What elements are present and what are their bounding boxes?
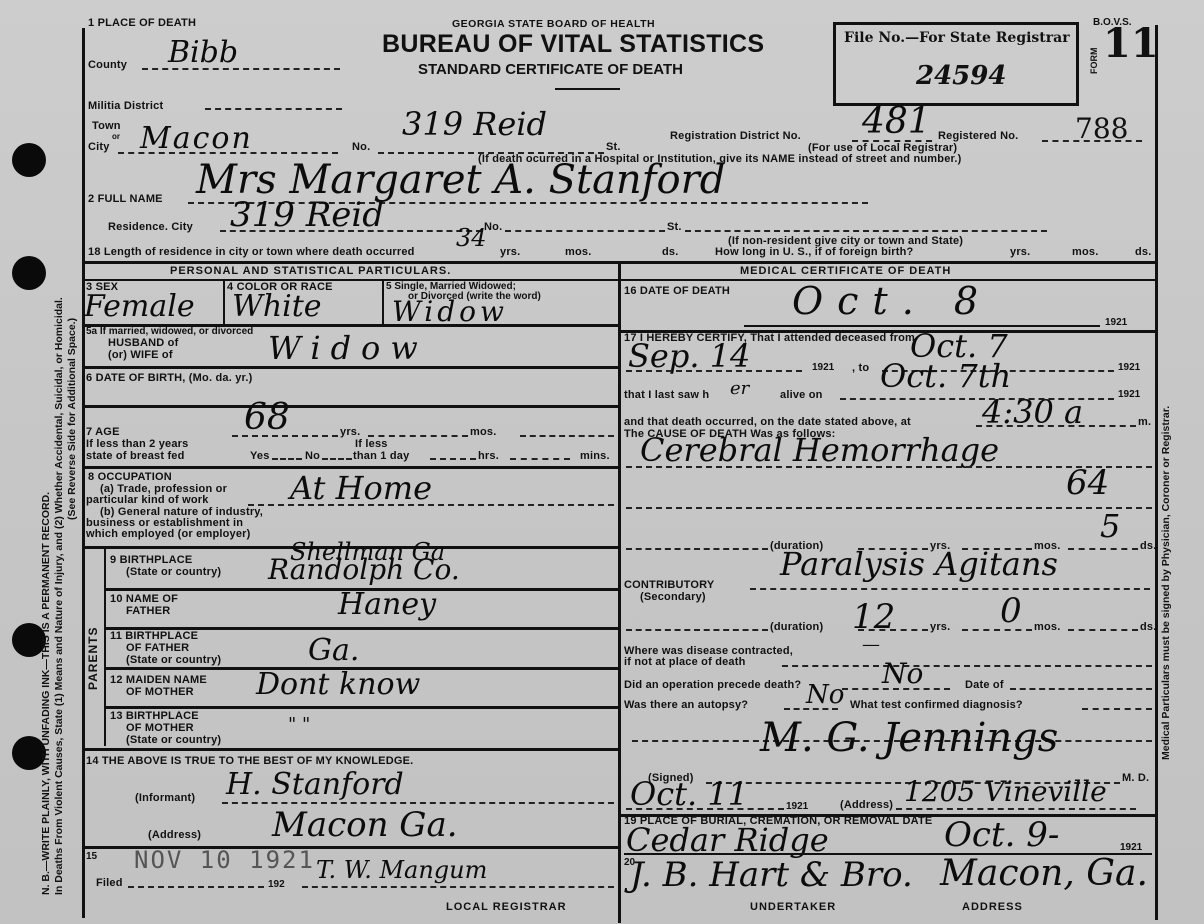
title-underline	[555, 88, 620, 90]
father-label-2: FATHER	[126, 606, 170, 618]
signed-year: 1921	[786, 802, 808, 813]
age-ds-field	[520, 435, 614, 437]
occupation-label: 8 OCCUPATION	[88, 472, 172, 484]
age-value[interactable]: 68	[244, 400, 290, 436]
undertaker-address-label: ADDRESS	[962, 902, 1023, 914]
dob-label: 6 DATE OF BIRTH, (Mo. da. yr.)	[86, 373, 253, 385]
county-label: County	[88, 60, 127, 72]
contrib-duration-label: (duration)	[770, 622, 823, 634]
filed-number: 15	[86, 852, 97, 863]
street-value[interactable]: 319 Reid	[402, 108, 547, 140]
test-field	[1082, 708, 1152, 710]
date-of-death-label: 16 DATE OF DEATH	[624, 286, 730, 298]
father-birthplace-label-2: OF FATHER	[126, 643, 189, 655]
row-line	[104, 706, 618, 709]
city-value[interactable]: Macon	[140, 124, 253, 154]
informant-label: (Informant)	[135, 793, 195, 805]
residence-st-label: St.	[667, 222, 682, 234]
autopsy-label: Was there an autopsy?	[624, 700, 748, 712]
form-number: 11	[1103, 24, 1159, 64]
mother-label-2: OF MOTHER	[126, 687, 194, 699]
form-label: FORM	[1089, 48, 1100, 75]
sex-value[interactable]: Female	[84, 292, 195, 322]
registered-no-value[interactable]: 788	[1075, 112, 1128, 145]
length-mos-label: mos.	[565, 247, 591, 259]
birthplace-label-2: (State or country)	[126, 567, 221, 579]
attended-to-year: 1921	[1118, 363, 1140, 374]
father-birthplace-label-3: (State or country)	[126, 655, 221, 667]
hrs-label: hrs.	[478, 451, 499, 463]
margin-instruction-2: In Deaths From Violent Causes, State (1)…	[53, 297, 66, 895]
st-label: St.	[606, 142, 621, 154]
mother-birthplace-label-2: OF MOTHER	[126, 723, 194, 735]
residence-label: Residence. City	[108, 222, 193, 234]
age-yrs-field	[232, 435, 338, 437]
attended-from-field	[626, 370, 802, 372]
row-line	[84, 366, 618, 369]
county-value[interactable]: Bibb	[168, 38, 238, 68]
father-value[interactable]: Haney	[338, 590, 436, 620]
militia-district-field[interactable]	[205, 108, 342, 110]
medical-section-title: MEDICAL CERTIFICATE OF DEATH	[740, 266, 951, 278]
breast-no-label: No	[305, 451, 320, 463]
registrar-signature[interactable]: T. W. Mangum	[316, 858, 487, 882]
breast-label-1: If less than 2 years	[86, 439, 188, 451]
breast-yes-field[interactable]	[272, 458, 302, 460]
contrib-mos-label: mos.	[1034, 622, 1060, 634]
length-of-residence-label: 18 Length of residence in city or town w…	[88, 247, 415, 259]
contrib-duration-mos-value[interactable]: 0	[1000, 594, 1022, 628]
cause-value[interactable]: Cerebral Hemorrhage	[640, 434, 999, 466]
duration-ds-label: ds.	[1140, 541, 1157, 553]
residence-st-field	[685, 230, 1047, 232]
contrib-mos-field	[962, 629, 1032, 631]
m-label: m.	[1138, 417, 1151, 429]
last-saw-label-2: alive on	[780, 390, 823, 402]
cell-divider	[223, 280, 225, 324]
center-divider	[618, 263, 621, 923]
occupation-value[interactable]: At Home	[290, 472, 432, 504]
test-label: What test confirmed diagnosis?	[850, 700, 1023, 712]
birthplace-value-2[interactable]: Randolph Co.	[268, 556, 460, 584]
mother-birthplace-label-1: 13 BIRTHPLACE	[110, 711, 199, 723]
date-of-operation-field	[1010, 688, 1152, 690]
row-line	[84, 405, 618, 408]
informant-field-line	[222, 802, 614, 804]
file-number: 24594	[916, 61, 1006, 91]
than-one-day-label: than 1 day	[353, 451, 409, 463]
contrib-ds-label: ds.	[1140, 622, 1157, 634]
date-of-death-year: 1921	[1105, 318, 1127, 329]
duration-field	[626, 548, 768, 550]
time-of-death-label: and that death occurred, on the date sta…	[624, 417, 911, 429]
contributory-value[interactable]: Paralysis Agitans	[780, 548, 1058, 580]
age-label: 7 AGE	[86, 427, 120, 439]
length-yrs-label: yrs.	[500, 247, 520, 259]
punch-hole	[12, 143, 46, 177]
signed-date-field	[626, 808, 784, 810]
occupation-a-label-2: particular kind of work	[86, 495, 209, 507]
md-label: M. D.	[1122, 773, 1149, 785]
or-label: or	[112, 133, 120, 141]
burial-place-value[interactable]: Cedar Ridge	[626, 824, 829, 856]
militia-district-label: Militia District	[88, 101, 163, 113]
burial-date-value[interactable]: Oct. 9-	[944, 818, 1059, 852]
birthplace-label-1: 9 BIRTHPLACE	[110, 555, 192, 567]
mins-label: mins.	[580, 451, 610, 463]
physician-address-label: (Address)	[840, 800, 893, 812]
contracted-label-2: if not at place of death	[624, 657, 746, 669]
secondary-label: (Secondary)	[640, 592, 706, 604]
to-label: , to	[852, 363, 869, 375]
local-registrar-label: LOCAL REGISTRAR	[446, 902, 567, 914]
age-yrs-label: yrs.	[340, 427, 360, 439]
father-label-1: 10 NAME OF	[110, 594, 178, 606]
foreign-ds-label: ds.	[1135, 247, 1152, 259]
last-saw-pronoun[interactable]: er	[730, 380, 749, 398]
town-label: Town	[92, 121, 121, 133]
mother-value[interactable]: Dont know	[256, 670, 420, 700]
file-number-box: File No.—For State Registrar 24594	[833, 22, 1079, 106]
foreign-mos-label: mos.	[1072, 247, 1098, 259]
right-border	[1155, 25, 1158, 920]
contrib-yrs-label: yrs.	[930, 622, 950, 634]
cause-field-line-2	[626, 507, 1152, 509]
signed-date-value[interactable]: Oct. 11	[630, 778, 748, 810]
contrib-ds-field	[1068, 629, 1138, 631]
city-label: City	[88, 142, 110, 154]
filed-label: Filed	[96, 878, 123, 890]
burial-year: 1921	[1120, 843, 1142, 854]
registrar-field-line	[302, 886, 614, 888]
spouse-label-1: 5a If married, widowed, or divorced	[86, 327, 253, 338]
last-saw-year: 1921	[1118, 390, 1140, 401]
true-statement: 14 THE ABOVE IS TRUE TO THE BEST OF MY K…	[86, 756, 413, 768]
contributory-field	[750, 588, 1150, 590]
parents-label: PARENTS	[86, 627, 100, 690]
cell-divider	[382, 280, 384, 324]
filed-stamp: NOV 10 1921	[134, 846, 315, 874]
date-of-death-value[interactable]: Oct. 8	[792, 282, 992, 320]
left-border	[82, 28, 85, 918]
breast-yes-label: Yes	[250, 451, 270, 463]
father-birthplace-value[interactable]: Ga.	[308, 636, 359, 666]
foreign-yrs-label: yrs.	[1010, 247, 1030, 259]
mins-field[interactable]	[510, 458, 570, 460]
attended-from-value[interactable]: Sep. 14	[628, 340, 750, 372]
contributory-label: CONTRIBUTORY	[624, 580, 714, 592]
informant-value[interactable]: H. Stanford	[226, 770, 404, 800]
residence-no-field	[505, 230, 665, 232]
registration-district-value[interactable]: 481	[862, 104, 931, 140]
duration-ds-value[interactable]: 5	[1100, 510, 1120, 542]
length-ds-label: ds.	[662, 247, 679, 259]
place-of-death-label: 1 PLACE OF DEATH	[88, 18, 196, 30]
time-of-death-value[interactable]: 4:30 a	[982, 396, 1083, 428]
row-line	[84, 748, 618, 751]
spouse-label-2: HUSBAND of	[108, 338, 178, 350]
margin-right-note: Medical Particulars must be signed by Ph…	[1160, 406, 1173, 760]
undertaker-value[interactable]: J. B. Hart & Bro.	[630, 858, 913, 892]
informant-address-value[interactable]: Macon Ga.	[272, 808, 458, 842]
physician-signature[interactable]: M. G. Jennings	[760, 718, 1058, 758]
autopsy-value[interactable]: No	[806, 682, 844, 708]
race-value[interactable]: White	[232, 292, 322, 322]
age-mos-field	[368, 435, 468, 437]
contrib-yrs-field	[858, 629, 928, 631]
contrib-duration-field	[626, 629, 768, 631]
age-mos-label: mos.	[470, 427, 496, 439]
duration-ds-field	[1068, 548, 1138, 550]
bureau-title: BUREAU OF VITAL STATISTICS	[382, 30, 764, 59]
mother-label-1: 12 MAIDEN NAME	[110, 675, 207, 687]
full-name-label: 2 FULL NAME	[88, 194, 163, 206]
filed-field-line	[128, 886, 264, 888]
physician-address-field	[896, 808, 1136, 810]
if-less-label: If less	[355, 439, 388, 451]
last-saw-value[interactable]: Oct. 7th	[880, 360, 1011, 392]
board-title: GEORGIA STATE BOARD OF HEALTH	[452, 18, 655, 30]
street-no-label: No.	[352, 142, 370, 154]
margin-instruction-3: (See Reverse Side for Additional Space.)	[66, 318, 79, 520]
contracted-field	[782, 665, 1152, 667]
personal-section-title: PERSONAL AND STATISTICAL PARTICULARS.	[170, 266, 451, 278]
personal-title-line	[84, 279, 618, 281]
physician-address-value[interactable]: 1205 Vineville	[904, 778, 1107, 806]
filed-year-prefix: 192	[268, 880, 285, 891]
informant-address-label: (Address)	[148, 830, 201, 842]
registered-no-label: Registered No.	[938, 131, 1018, 143]
marital-value[interactable]: Widow	[392, 298, 508, 326]
full-name-value[interactable]: Mrs Margaret A. Stanford	[196, 160, 725, 200]
spouse-value[interactable]: Widow	[268, 332, 428, 364]
attended-from-year: 1921	[812, 363, 834, 374]
date-of-operation-label: Date of	[965, 680, 1004, 692]
cause-age-value[interactable]: 64	[1066, 466, 1109, 500]
spouse-label-3: (or) WIFE of	[108, 350, 173, 362]
margin-instruction-1: N. B.—WRITE PLAINLY, WITH UNFADING INK—T…	[40, 492, 53, 895]
breast-no-field[interactable]	[322, 458, 352, 460]
mother-birthplace-label-3: (State or country)	[126, 735, 221, 747]
breast-label-2: state of breast fed	[86, 451, 185, 463]
operation-value[interactable]: No	[882, 660, 923, 688]
operation-label: Did an operation precede death?	[624, 680, 801, 692]
father-birthplace-label-1: 11 BIRTHPLACE	[110, 631, 198, 643]
length-of-residence-value[interactable]: 34	[456, 226, 487, 250]
occupation-b-label-3: which employed (or employer)	[86, 529, 251, 541]
parents-divider	[104, 548, 106, 746]
undertaker-address-value[interactable]: Macon, Ga.	[940, 856, 1148, 892]
hrs-field[interactable]	[430, 458, 476, 460]
contracted-value[interactable]: —	[862, 636, 880, 654]
foreign-birth-label: How long in U. S., if of foreign birth?	[715, 247, 913, 259]
registration-district-label: Registration District No.	[670, 131, 801, 143]
last-saw-label-1: that I last saw h	[624, 390, 709, 402]
death-certificate: N. B.—WRITE PLAINLY, WITH UNFADING INK—T…	[0, 0, 1204, 924]
residence-no-label: No.	[484, 222, 502, 234]
residence-value[interactable]: 319 Reid	[230, 198, 384, 232]
undertaker-label: UNDERTAKER	[750, 902, 836, 914]
certificate-title: STANDARD CERTIFICATE OF DEATH	[418, 61, 683, 78]
file-number-label: File No.—For State Registrar	[844, 30, 1070, 46]
mother-birthplace-value[interactable]: " "	[288, 716, 310, 734]
punch-hole	[12, 256, 46, 290]
